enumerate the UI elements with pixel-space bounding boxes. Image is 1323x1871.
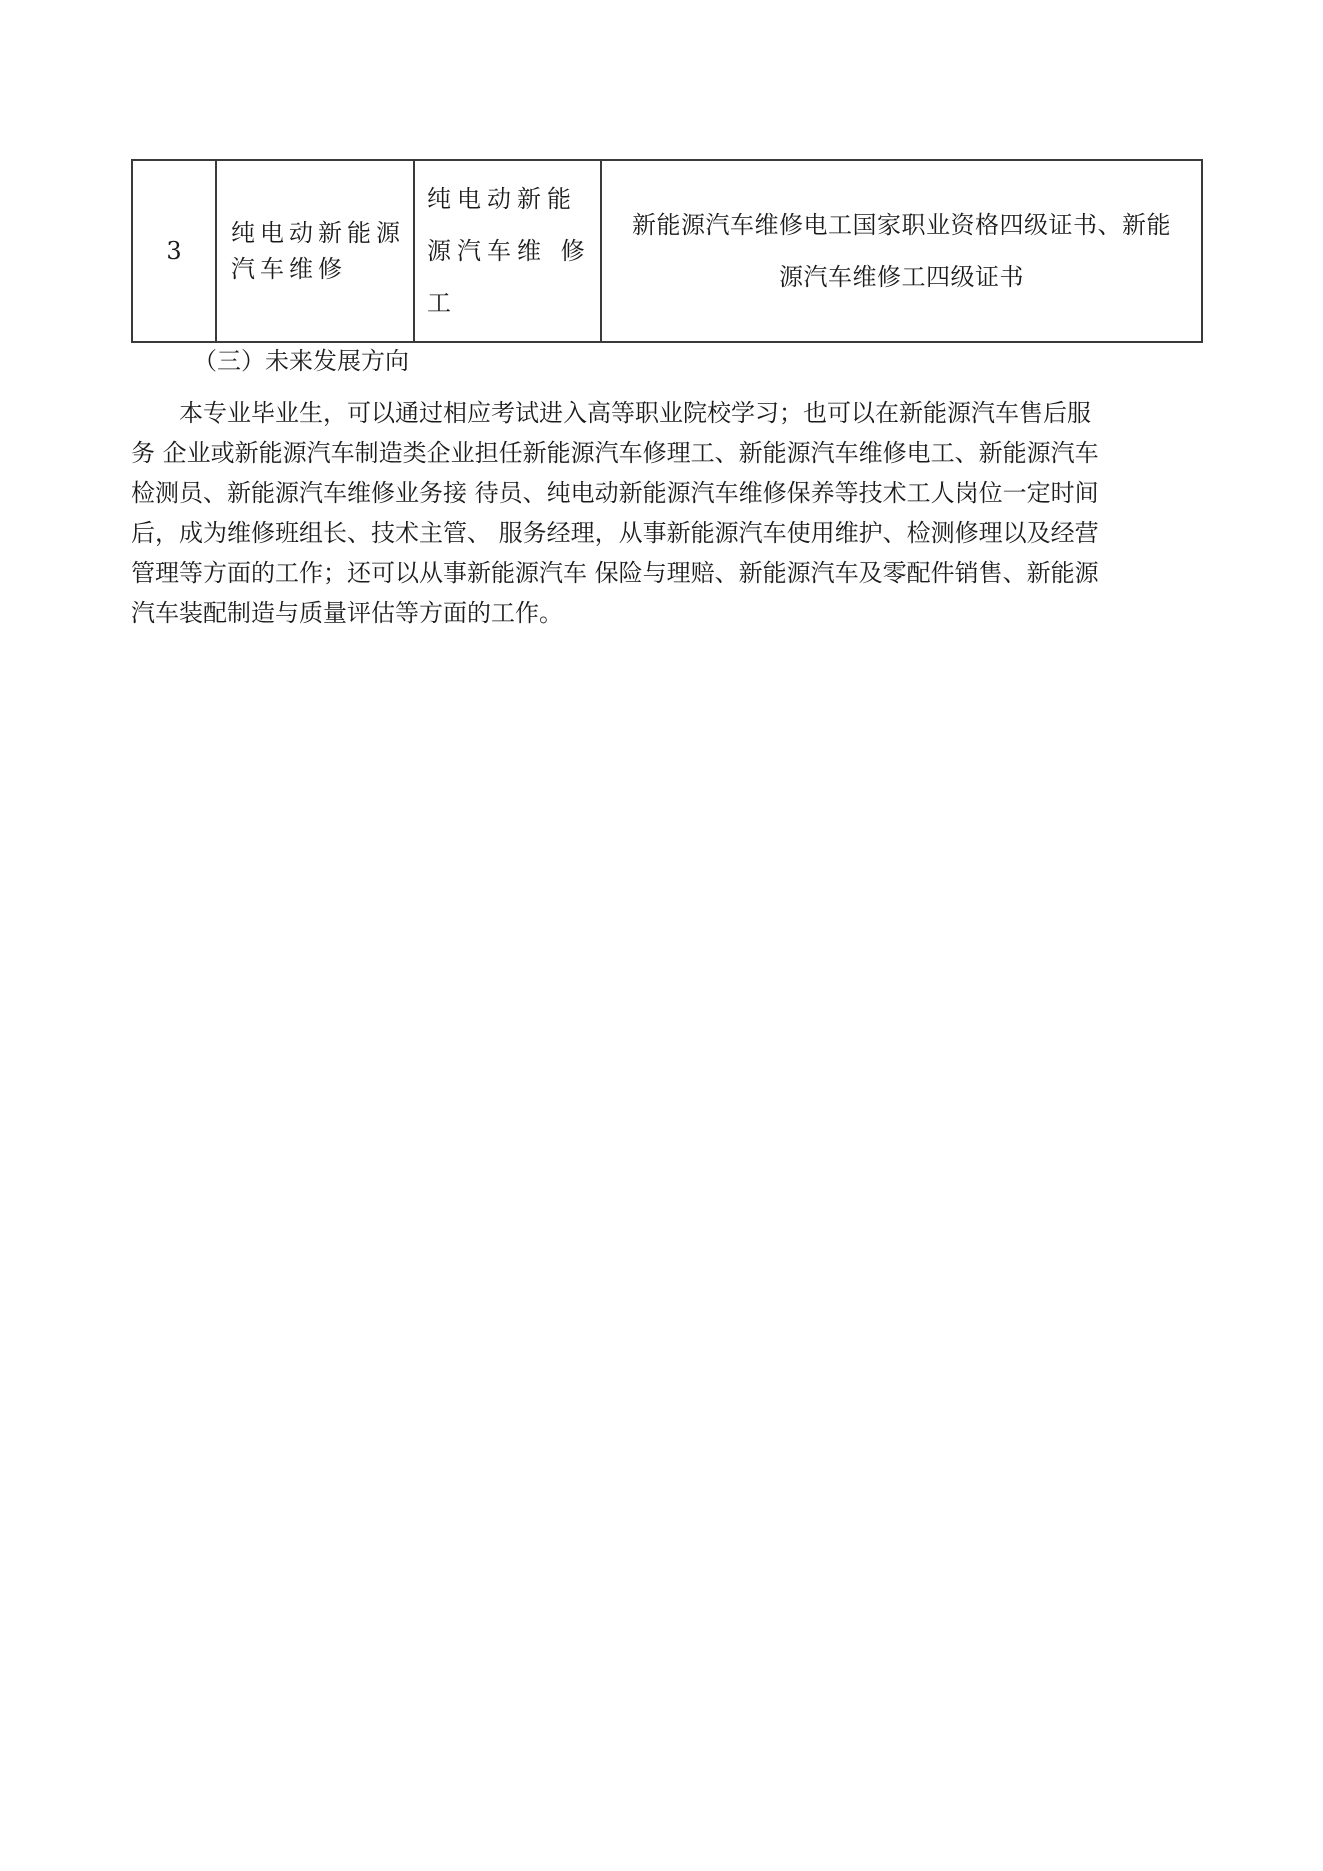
row-number: 3 — [166, 237, 181, 265]
paragraph-line: 本专业毕业生，可以通过相应考试进入高等职业院校学习；也可以在新能源汽车售后服 — [131, 393, 1206, 433]
paragraph-line: 管理等方面的工作；还可以从事新能源汽车 保险与理赔、新能源汽车及零配件销售、新能… — [131, 553, 1206, 593]
table-row: 3 纯电动新能源汽车维修 纯电动新能 源汽车维 修 工 新能源汽车维修电工国家职… — [132, 160, 1202, 342]
certificate-cell: 新能源汽车维修电工国家职业资格四级证书、新能 源汽车维修工四级证书 — [601, 160, 1202, 342]
job-cell: 纯电动新能 源汽车维 修 工 — [414, 160, 601, 342]
major-name: 纯电动新能源汽车维修 — [217, 215, 413, 287]
section-heading: （三）未来发展方向 — [193, 343, 409, 379]
certificate-table: 3 纯电动新能源汽车维修 纯电动新能 源汽车维 修 工 新能源汽车维修电工国家职… — [131, 159, 1203, 343]
major-cell: 纯电动新能源汽车维修 — [216, 160, 414, 342]
certificate-text: 新能源汽车维修电工国家职业资格四级证书、新能 源汽车维修工四级证书 — [602, 199, 1201, 303]
paragraph-line: 汽车装配制造与质量评估等方面的工作。 — [131, 593, 1206, 633]
certificate-line: 源汽车维修工四级证书 — [612, 251, 1191, 303]
paragraph-line: 务 企业或新能源汽车制造类企业担任新能源汽车修理工、新能源汽车维修电工、新能源汽… — [131, 433, 1206, 473]
row-number-cell: 3 — [132, 160, 216, 342]
paragraph-line: 检测员、新能源汽车维修业务接 待员、纯电动新能源汽车维修保养等技术工人岗位一定时… — [131, 473, 1206, 513]
job-title-line: 源汽车维 修 — [427, 225, 592, 277]
body-paragraph: 本专业毕业生，可以通过相应考试进入高等职业院校学习；也可以在新能源汽车售后服 务… — [131, 393, 1206, 633]
document-page: 3 纯电动新能源汽车维修 纯电动新能 源汽车维 修 工 新能源汽车维修电工国家职… — [0, 0, 1323, 1871]
paragraph-line: 后，成为维修班组长、技术主管、 服务经理，从事新能源汽车使用维护、检测修理以及经… — [131, 513, 1206, 553]
job-title-line: 工 — [427, 277, 592, 329]
job-title: 纯电动新能 源汽车维 修 工 — [415, 173, 600, 329]
certificate-line: 新能源汽车维修电工国家职业资格四级证书、新能 — [612, 199, 1191, 251]
job-title-line: 纯电动新能 — [427, 173, 592, 225]
